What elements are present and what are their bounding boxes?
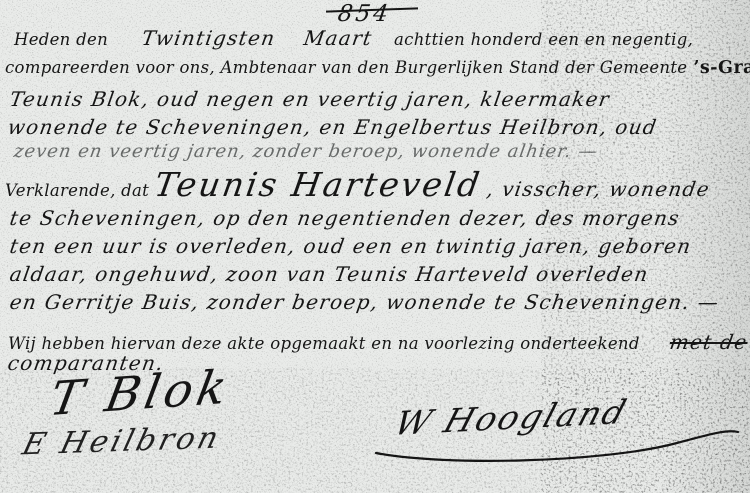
line-official-intro: compareerden voor ons, Ambtenaar van den…: [0, 58, 750, 78]
hand-parents-father: aldaar, ongehuwd, zoon van Teunis Hartev…: [8, 262, 650, 286]
hand-death-place: te Scheveningen, op den negentienden dez…: [8, 206, 682, 230]
hand-parents-mother: en Gerritje Buis, zonder beroep, wonende…: [8, 290, 721, 314]
printed-year: achttien honderd een en negentig,: [394, 30, 693, 49]
death-certificate-scan: 854 Heden den Twintigsten Maart achttien…: [0, 0, 750, 493]
signature-e-heilbron: E Heilbron: [19, 421, 225, 463]
hand-deceased-occupation: , visscher, wonende: [486, 177, 713, 201]
hand-deceased-name: Teunis Harteveld: [152, 165, 485, 204]
hand-comparant-blok: Teunis Blok, oud negen en veertig jaren,…: [8, 87, 612, 111]
line-comparant-heilbron: wonende te Scheveningen, en Engelbertus …: [0, 115, 657, 139]
hand-met-de: met de: [668, 330, 749, 354]
hand-death-time-age: ten een uur is overleden, oud een en twi…: [8, 234, 693, 258]
signature-t-blok: T Blok: [46, 360, 235, 427]
printed-verklarende: Verklarende, dat: [5, 181, 149, 200]
line-comparant-blok: Teunis Blok, oud negen en veertig jaren,…: [0, 87, 610, 111]
hand-day: Twintigsten: [140, 26, 277, 50]
signature-w-hoogland: W Hoogland: [390, 392, 633, 443]
line-comparant-details: zeven en veertig jaren, zonder beroep, w…: [0, 141, 597, 162]
hand-comparant-heilbron: wonende te Scheveningen, en Engelbertus …: [6, 115, 659, 139]
blackletter-gravenhage: ’s-Gravenhage,: [693, 58, 750, 78]
hand-comparant-details: zeven en veertig jaren, zonder beroep, w…: [12, 141, 599, 162]
line-declaration-deceased: Verklarende, dat Teunis Harteveld , viss…: [0, 165, 710, 204]
hand-month: Maart: [302, 26, 374, 50]
printed-compareerden: compareerden voor ons, Ambtenaar van den…: [5, 58, 687, 77]
line-date-header: Heden den Twintigsten Maart achttien hon…: [0, 26, 693, 50]
act-number: 854: [336, 1, 393, 27]
line-parents-father: aldaar, ongehuwd, zoon van Teunis Hartev…: [0, 262, 649, 286]
printed-heden-den: Heden den: [14, 30, 108, 49]
line-parents-mother: en Gerritje Buis, zonder beroep, wonende…: [0, 290, 719, 314]
line-death-place: te Scheveningen, op den negentienden dez…: [0, 206, 680, 230]
line-death-time-age: ten een uur is overleden, oud een en twi…: [0, 234, 692, 258]
